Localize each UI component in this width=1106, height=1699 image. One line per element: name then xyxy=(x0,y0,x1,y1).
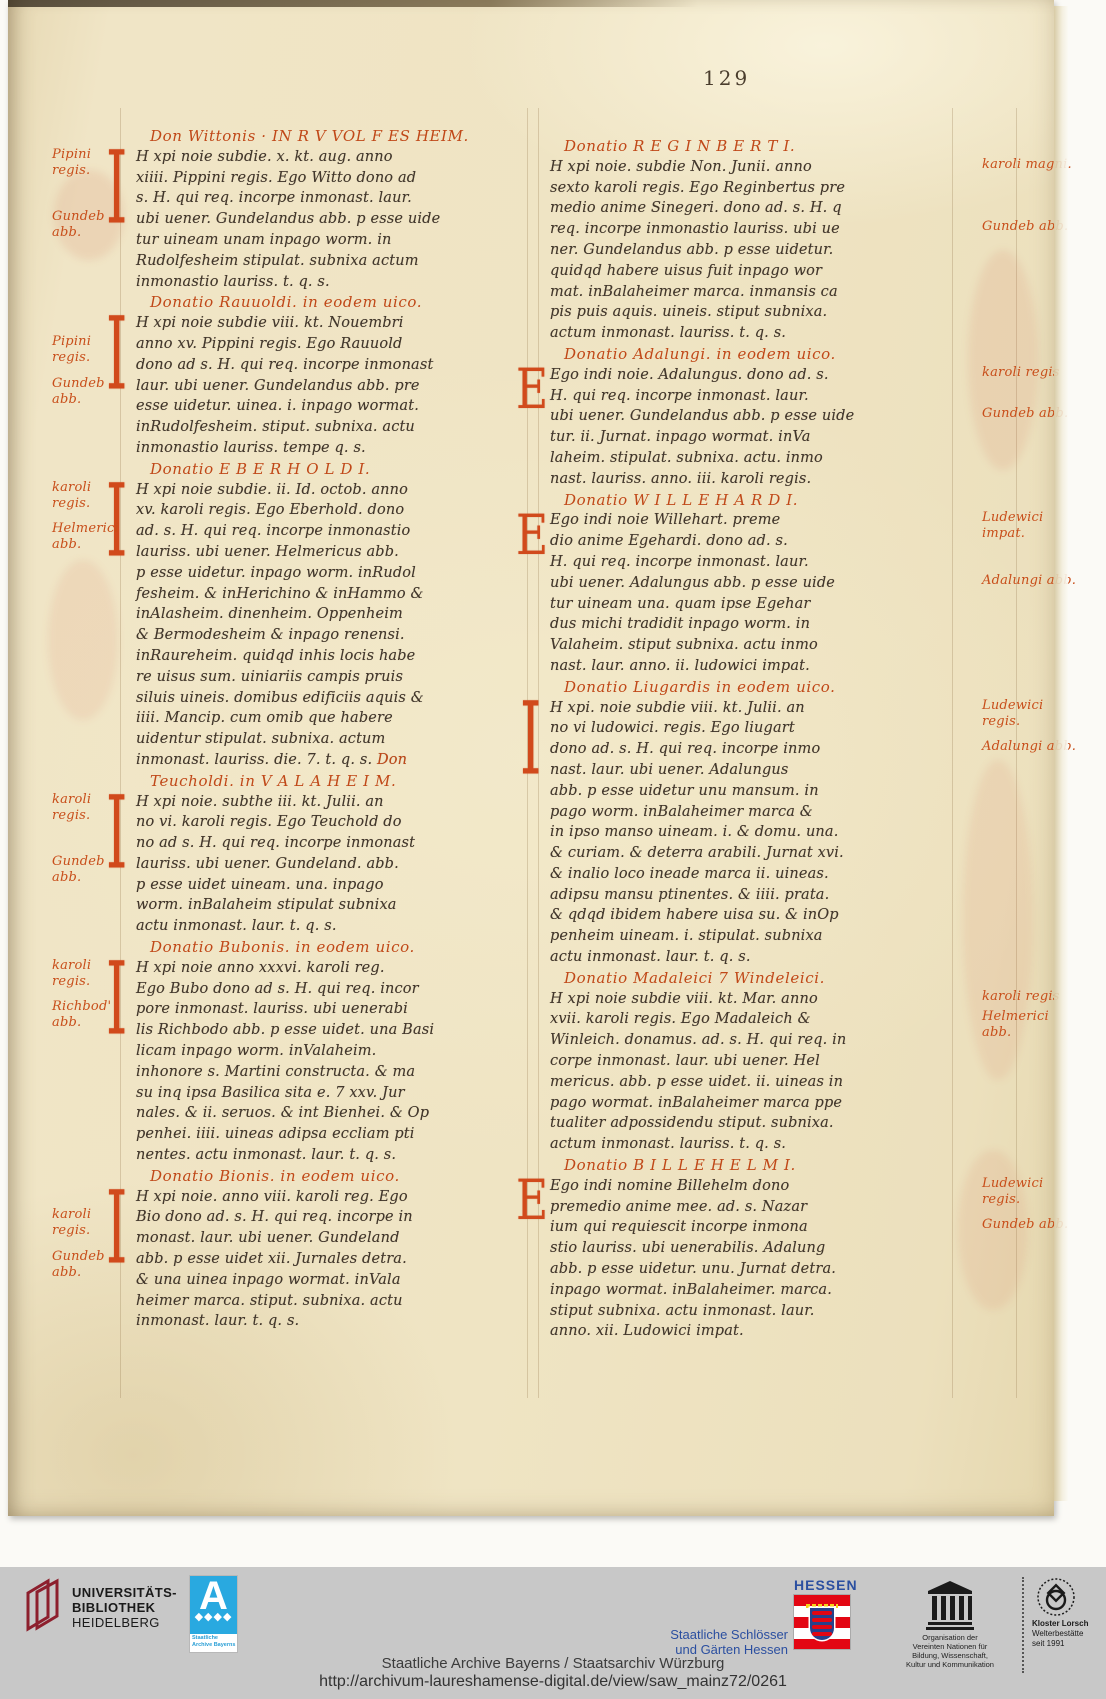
charter-entry: EDonatio B I L L E H E L M I.Ego indi no… xyxy=(550,1155,962,1342)
charter-rubric: Don Wittonis · IN R V VOL F ES HEIM. xyxy=(136,126,538,147)
charter-rubric: Donatio Madaleici 7 Windeleici. xyxy=(550,968,962,989)
charter-rubric: Donatio Bionis. in eodem uico. xyxy=(136,1166,538,1187)
text-line: Ego indi noie. Adalungus. dono ad. s. xyxy=(550,365,962,386)
bayern-logo-diamonds-icon: ◆◆◆◆ xyxy=(190,1612,237,1622)
text-line: req. incorpe inmonastio lauriss. ubi ue xyxy=(550,219,962,240)
text-line: anno xv. Pippini regis. Ego Rauuold xyxy=(136,334,538,355)
text-line: laheim. stipulat. subnixa. actu. inmo xyxy=(550,448,962,469)
footer-bar: UNIVERSITÄTS- BIBLIOTHEK HEIDELBERG A ◆◆… xyxy=(0,1567,1106,1699)
text-line: worm. inBalaheim stipulat subnixa xyxy=(136,895,538,916)
text-line: H xpi. noie subdie viii. kt. Julii. an xyxy=(550,698,962,719)
ub-line2: BIBLIOTHEK xyxy=(72,1600,177,1615)
text-line: siluis uineis. domibus edificiis aquis & xyxy=(136,688,538,709)
margin-note: Pipini regis. xyxy=(52,334,130,366)
unesco-logo-icon xyxy=(924,1579,976,1631)
text-line: Ego indi nomine Billehelm dono xyxy=(550,1176,962,1197)
text-line: nentes. actu inmonast. laur. t. q. s. xyxy=(136,1145,538,1166)
text-line: ubi uener. Gundelandus abb. p esse uide xyxy=(136,209,538,230)
margin-note: Helmerici abb. xyxy=(52,521,130,553)
text-line: H xpi noie. anno viii. karoli reg. Ego xyxy=(136,1187,538,1208)
parchment-page: 129 IDon Wittonis · IN R V VOL F ES HEIM… xyxy=(8,0,1054,1516)
text-line: adipsu mansu ptinentes. & iiii. prata. xyxy=(550,885,962,906)
text-line: ner. Gundelandus abb. p esse uidetur. xyxy=(550,240,962,261)
charter-entry: IDonatio Liugardis in eodem uico.H xpi. … xyxy=(550,677,962,968)
text-line: H xpi noie subdie viii. kt. Mar. anno xyxy=(550,989,962,1010)
margin-note: karoli regis. xyxy=(52,480,130,512)
text-line: tur. ii. Jurnat. inpago wormat. inVa xyxy=(550,427,962,448)
margin-note: karoli regis. xyxy=(52,792,130,824)
text-line: H xpi noie. subdie Non. Junii. anno xyxy=(550,157,962,178)
credit-line: Staatliche Archive Bayerns / Staatsarchi… xyxy=(0,1655,1106,1672)
text-line: mat. inBalaheimer marca. inmansis ca xyxy=(550,282,962,303)
text-line: nales. & ii. seruos. & int Bienhei. & Op xyxy=(136,1103,538,1124)
text-line: dus michi tradidit inpago worm. in xyxy=(550,614,962,635)
text-line: quidqd habere uisus fuit inpago wor xyxy=(550,261,962,282)
text-line: no vi ludowici. regis. Ego liugart xyxy=(550,718,962,739)
charter-rubric: Donatio Adalungi. in eodem uico. xyxy=(550,344,962,365)
text-line: xvii. karoli regis. Ego Madaleich & xyxy=(550,1009,962,1030)
margin-note: Richbod' abb. xyxy=(52,999,130,1031)
text-line: xiiii. Pippini regis. Ego Witto dono ad xyxy=(136,168,538,189)
text-line: Valaheim. stiput subnixa. actu inmo xyxy=(550,635,962,656)
charter-entry: ITeucholdi. in V A L A H E I M.H xpi noi… xyxy=(136,771,538,937)
charter-entry: Donatio Madaleici 7 Windeleici.H xpi noi… xyxy=(550,968,962,1155)
lorsch-caption-line3: seit 1991 xyxy=(1032,1639,1102,1649)
bayern-logo-blue-field: A ◆◆◆◆ xyxy=(190,1576,237,1634)
text-line: heimer marca. stiput. subnixa. actu xyxy=(136,1291,538,1312)
charter-rubric: Donatio R E G I N B E R T I. xyxy=(550,136,962,157)
text-line: lis Richbodo abb. p esse uidet. una Basi xyxy=(136,1020,538,1041)
bayern-logo-letter: A xyxy=(190,1576,237,1616)
text-line: actum inmonast. lauriss. t. q. s. xyxy=(550,323,962,344)
text-line: anno. xii. Ludowici impat. xyxy=(550,1321,962,1342)
text-line: laur. ubi uener. Gundelandus abb. pre xyxy=(136,376,538,397)
charter-rubric: Donatio Bubonis. in eodem uico. xyxy=(136,937,538,958)
text-line: stio lauriss. ubi uenerabilis. Adalung xyxy=(550,1238,962,1259)
charter-rubric: Donatio B I L L E H E L M I. xyxy=(550,1155,962,1176)
ub-heidelberg-logo-icon xyxy=(22,1577,68,1633)
text-line: & qdqd ibidem habere uisa su. & inOp xyxy=(550,905,962,926)
text-line: & curiam. & deterra arabili. Jurnat xvi. xyxy=(550,843,962,864)
hessen-caption-line1: Staatliche Schlösser xyxy=(610,1627,788,1642)
charter-rubric: Donatio Liugardis in eodem uico. xyxy=(550,677,962,698)
text-line: sexto karoli regis. Ego Reginbertus pre xyxy=(550,178,962,199)
text-line: inmonastio lauriss. tempe q. s. xyxy=(136,438,538,459)
bayern-logo-caption: Staatliche Archive Bayerns xyxy=(192,1635,235,1648)
text-column-right: Donatio R E G I N B E R T I.H xpi noie. … xyxy=(550,136,962,1342)
text-line: pis puis aquis. uineis. stiput subnixa. xyxy=(550,302,962,323)
catchword: Don xyxy=(372,752,407,768)
text-line: dono ad. s. H. qui req. incorpe inmo xyxy=(550,739,962,760)
text-line: inpago wormat. inBalaheimer. marca. xyxy=(550,1280,962,1301)
text-line: Rudolfesheim stipulat. subnixa actum xyxy=(136,251,538,272)
text-line: inAlasheim. dinenheim. Oppenheim xyxy=(136,604,538,625)
binding-shadow xyxy=(8,0,698,7)
text-line: nast. laur. ubi uener. Adalungus xyxy=(550,760,962,781)
ink-bleedthrough xyxy=(48,560,118,720)
text-line: inhonore s. Martini constructa. & ma xyxy=(136,1062,538,1083)
kloster-lorsch-caption: Kloster Lorsch Welterbestätte seit 1991 xyxy=(1032,1619,1102,1649)
charter-entry: Donatio R E G I N B E R T I.H xpi noie. … xyxy=(550,136,962,344)
unesco-caption-line2: Vereinten Nationen für xyxy=(886,1642,1014,1651)
text-line: H xpi noie subdie. ii. Id. octob. anno xyxy=(136,480,538,501)
text-line: inmonast. laur. t. q. s. xyxy=(136,1311,538,1332)
charter-entry: IDonatio Rauuoldi. in eodem uico.H xpi n… xyxy=(136,292,538,458)
text-line: no vi. karoli regis. Ego Teuchold do xyxy=(136,812,538,833)
margin-note: Gundeb abb. xyxy=(52,376,130,408)
ruling-line xyxy=(120,108,121,1398)
text-line: inRudolfesheim. stiput. subnixa. actu xyxy=(136,417,538,438)
charter-entry: EDonatio Adalungi. in eodem uico.Ego ind… xyxy=(550,344,962,490)
bayern-caption-line2: Archive Bayerns xyxy=(192,1642,235,1649)
lorsch-caption-line2: Welterbestätte xyxy=(1032,1629,1102,1639)
text-line: premedio anime mee. ad. s. Nazar xyxy=(550,1197,962,1218)
text-line: H xpi noie anno xxxvi. karoli reg. xyxy=(136,958,538,979)
text-line: & inalio loco ineade marca ii. uineas. xyxy=(550,864,962,885)
text-line: esse uidetur. uinea. i. inpago wormat. xyxy=(136,396,538,417)
text-line: actu inmonast. laur. t. q. s. xyxy=(550,947,962,968)
text-line: Ego Bubo dono ad s. H. qui req. incor xyxy=(136,979,538,1000)
charter-entry: IDonatio E B E R H O L D I.H xpi noie su… xyxy=(136,459,538,771)
charter-rubric: Donatio Rauuoldi. in eodem uico. xyxy=(136,292,538,313)
text-line: & Bermodesheim & inpago renensi. xyxy=(136,625,538,646)
text-line: s. H. qui req. incorpe inmonast. laur. xyxy=(136,188,538,209)
text-line: pore inmonast. lauriss. ubi uenerabi xyxy=(136,999,538,1020)
margin-note: karoli regis. xyxy=(52,1207,130,1239)
margin-note: Pipini regis. xyxy=(52,147,130,179)
text-line: tur uineam unam inpago worm. in xyxy=(136,230,538,251)
ub-heidelberg-label: UNIVERSITÄTS- BIBLIOTHEK HEIDELBERG xyxy=(72,1585,177,1630)
text-line: actum inmonast. lauriss. t. q. s. xyxy=(550,1134,962,1155)
page-edge xyxy=(1054,6,1068,1501)
text-line: inmonast. lauriss. die. 7. t. q. s. Don xyxy=(136,750,538,771)
text-line: abb. p esse uidetur. unu. Jurnat detra. xyxy=(550,1259,962,1280)
text-line: H xpi noie. subthe iii. kt. Julii. an xyxy=(136,792,538,813)
text-line: re uisus sum. uiniariis campis pruis xyxy=(136,667,538,688)
text-line: abb. p esse uidet xii. Jurnales detra. xyxy=(136,1249,538,1270)
text-line: in ipso manso uineam. i. & domu. una. xyxy=(550,822,962,843)
hessen-title: HESSEN xyxy=(794,1577,850,1593)
charter-rubric: Donatio W I L L E H A R D I. xyxy=(550,490,962,511)
text-line: nast. laur. anno. ii. ludowici impat. xyxy=(550,656,962,677)
text-line: monast. laur. ubi uener. Gundeland xyxy=(136,1228,538,1249)
text-line: ium qui requiescit incorpe inmona xyxy=(550,1217,962,1238)
text-line: nast. lauriss. anno. iii. karoli regis. xyxy=(550,469,962,490)
text-line: H xpi noie subdie viii. kt. Nouembri xyxy=(136,313,538,334)
margin-note: Gundeb abb. xyxy=(52,209,130,241)
lorsch-caption-line1: Kloster Lorsch xyxy=(1032,1619,1102,1629)
margin-note: Gundeb abb. xyxy=(52,854,130,886)
charter-rubric: Donatio E B E R H O L D I. xyxy=(136,459,538,480)
text-line: pago worm. inBalaheimer marca & xyxy=(550,802,962,823)
text-line: lauriss. ubi uener. Gundeland. abb. xyxy=(136,854,538,875)
text-line: H xpi noie subdie. x. kt. aug. anno xyxy=(136,147,538,168)
source-url: http://archivum-laureshamense-digital.de… xyxy=(0,1673,1106,1691)
charter-entry: IDonatio Bubonis. in eodem uico.H xpi no… xyxy=(136,937,538,1166)
text-line: actu inmonast. laur. t. q. s. xyxy=(136,916,538,937)
text-line: mericus. abb. p esse uidet. ii. uineas i… xyxy=(550,1072,962,1093)
text-column-left: IDon Wittonis · IN R V VOL F ES HEIM.H x… xyxy=(136,126,538,1332)
charter-entry: IDon Wittonis · IN R V VOL F ES HEIM.H x… xyxy=(136,126,538,292)
archive-viewer-page: { "page": { "folio_number": "129" }, "ma… xyxy=(0,0,1106,1699)
ub-line3: HEIDELBERG xyxy=(72,1615,177,1630)
text-line: Bio dono ad. s. H. qui req. incorpe in xyxy=(136,1207,538,1228)
text-line: p esse uidet uineam. una. inpago xyxy=(136,875,538,896)
text-line: H. qui req. incorpe inmonast. laur. xyxy=(550,386,962,407)
charter-entry: IDonatio Bionis. in eodem uico.H xpi noi… xyxy=(136,1166,538,1332)
ink-bleedthrough xyxy=(968,250,1038,470)
text-line: H. qui req. incorpe inmonast. laur. xyxy=(550,552,962,573)
text-line: ubi uener. Adalungus abb. p esse uide xyxy=(550,573,962,594)
text-line: penheim uineam. i. stipulat. subnixa xyxy=(550,926,962,947)
text-line: xv. karoli regis. Ego Eberhold. dono xyxy=(136,500,538,521)
hessen-shield-icon xyxy=(810,1608,834,1640)
text-line: fesheim. & inHerichino & inHammo & xyxy=(136,584,538,605)
text-line: no ad s. H. qui req. incorpe inmonast xyxy=(136,833,538,854)
text-line: lauriss. ubi uener. Helmericus abb. xyxy=(136,542,538,563)
hessen-flag-icon xyxy=(794,1595,850,1649)
text-line: abb. p esse uidetur unu mansum. in xyxy=(550,781,962,802)
folio-number: 129 xyxy=(703,66,750,90)
text-line: penhei. iiii. uineas adipsa eccliam pti xyxy=(136,1124,538,1145)
text-line: iiii. Mancip. cum omib que habere xyxy=(136,708,538,729)
charter-rubric: Teucholdi. in V A L A H E I M. xyxy=(136,771,538,792)
text-line: ad. s. H. qui req. incorpe inmonastio xyxy=(136,521,538,542)
text-line: & una uinea inpago wormat. inVala xyxy=(136,1270,538,1291)
ruling-line xyxy=(538,108,539,1398)
text-line: p esse uidetur. inpago worm. inRudol xyxy=(136,563,538,584)
unesco-caption-line1: Organisation der xyxy=(886,1633,1014,1642)
welterbe-emblem-icon xyxy=(1036,1577,1076,1617)
manuscript-scan: 129 IDon Wittonis · IN R V VOL F ES HEIM… xyxy=(0,0,1106,1567)
staatliche-archive-bayerns-logo: A ◆◆◆◆ Staatliche Archive Bayerns xyxy=(190,1576,237,1652)
charter-entry: EDonatio W I L L E H A R D I.Ego indi no… xyxy=(550,490,962,677)
text-line: inmonastio lauriss. t. q. s. xyxy=(136,272,538,293)
margin-note: karoli regis. xyxy=(52,958,130,990)
text-line: su inq ipsa Basilica sita e. 7 xxv. Jur xyxy=(136,1083,538,1104)
text-line: pago wormat. inBalaheimer marca ppe xyxy=(550,1093,962,1114)
text-line: Winleich. donamus. ad. s. H. qui req. in xyxy=(550,1030,962,1051)
text-line: uidentur stipulat. subnixa. actum xyxy=(136,729,538,750)
text-line: dio anime Egehardi. dono ad. s. xyxy=(550,531,962,552)
text-line: licam inpago worm. inValaheim. xyxy=(136,1041,538,1062)
text-line: medio anime Sinegeri. dono ad. s. H. q xyxy=(550,198,962,219)
ub-line1: UNIVERSITÄTS- xyxy=(72,1585,177,1600)
text-line: Ego indi noie Willehart. preme xyxy=(550,510,962,531)
text-line: dono ad s. H. qui req. incorpe inmonast xyxy=(136,355,538,376)
text-line: inRaureheim. quidqd inhis locis habe xyxy=(136,646,538,667)
text-line: tualiter adpossidendu stiput. subnixa. xyxy=(550,1113,962,1134)
text-line: corpe inmonast. laur. ubi uener. Hel xyxy=(550,1051,962,1072)
text-line: tur uineam una. quam ipse Egehar xyxy=(550,594,962,615)
hessen-caption: Staatliche Schlösser und Gärten Hessen xyxy=(610,1627,788,1657)
margin-note: Gundeb abb. xyxy=(52,1249,130,1281)
text-line: ubi uener. Gundelandus abb. p esse uide xyxy=(550,406,962,427)
text-line: stiput subnixa. actu inmonast. laur. xyxy=(550,1301,962,1322)
